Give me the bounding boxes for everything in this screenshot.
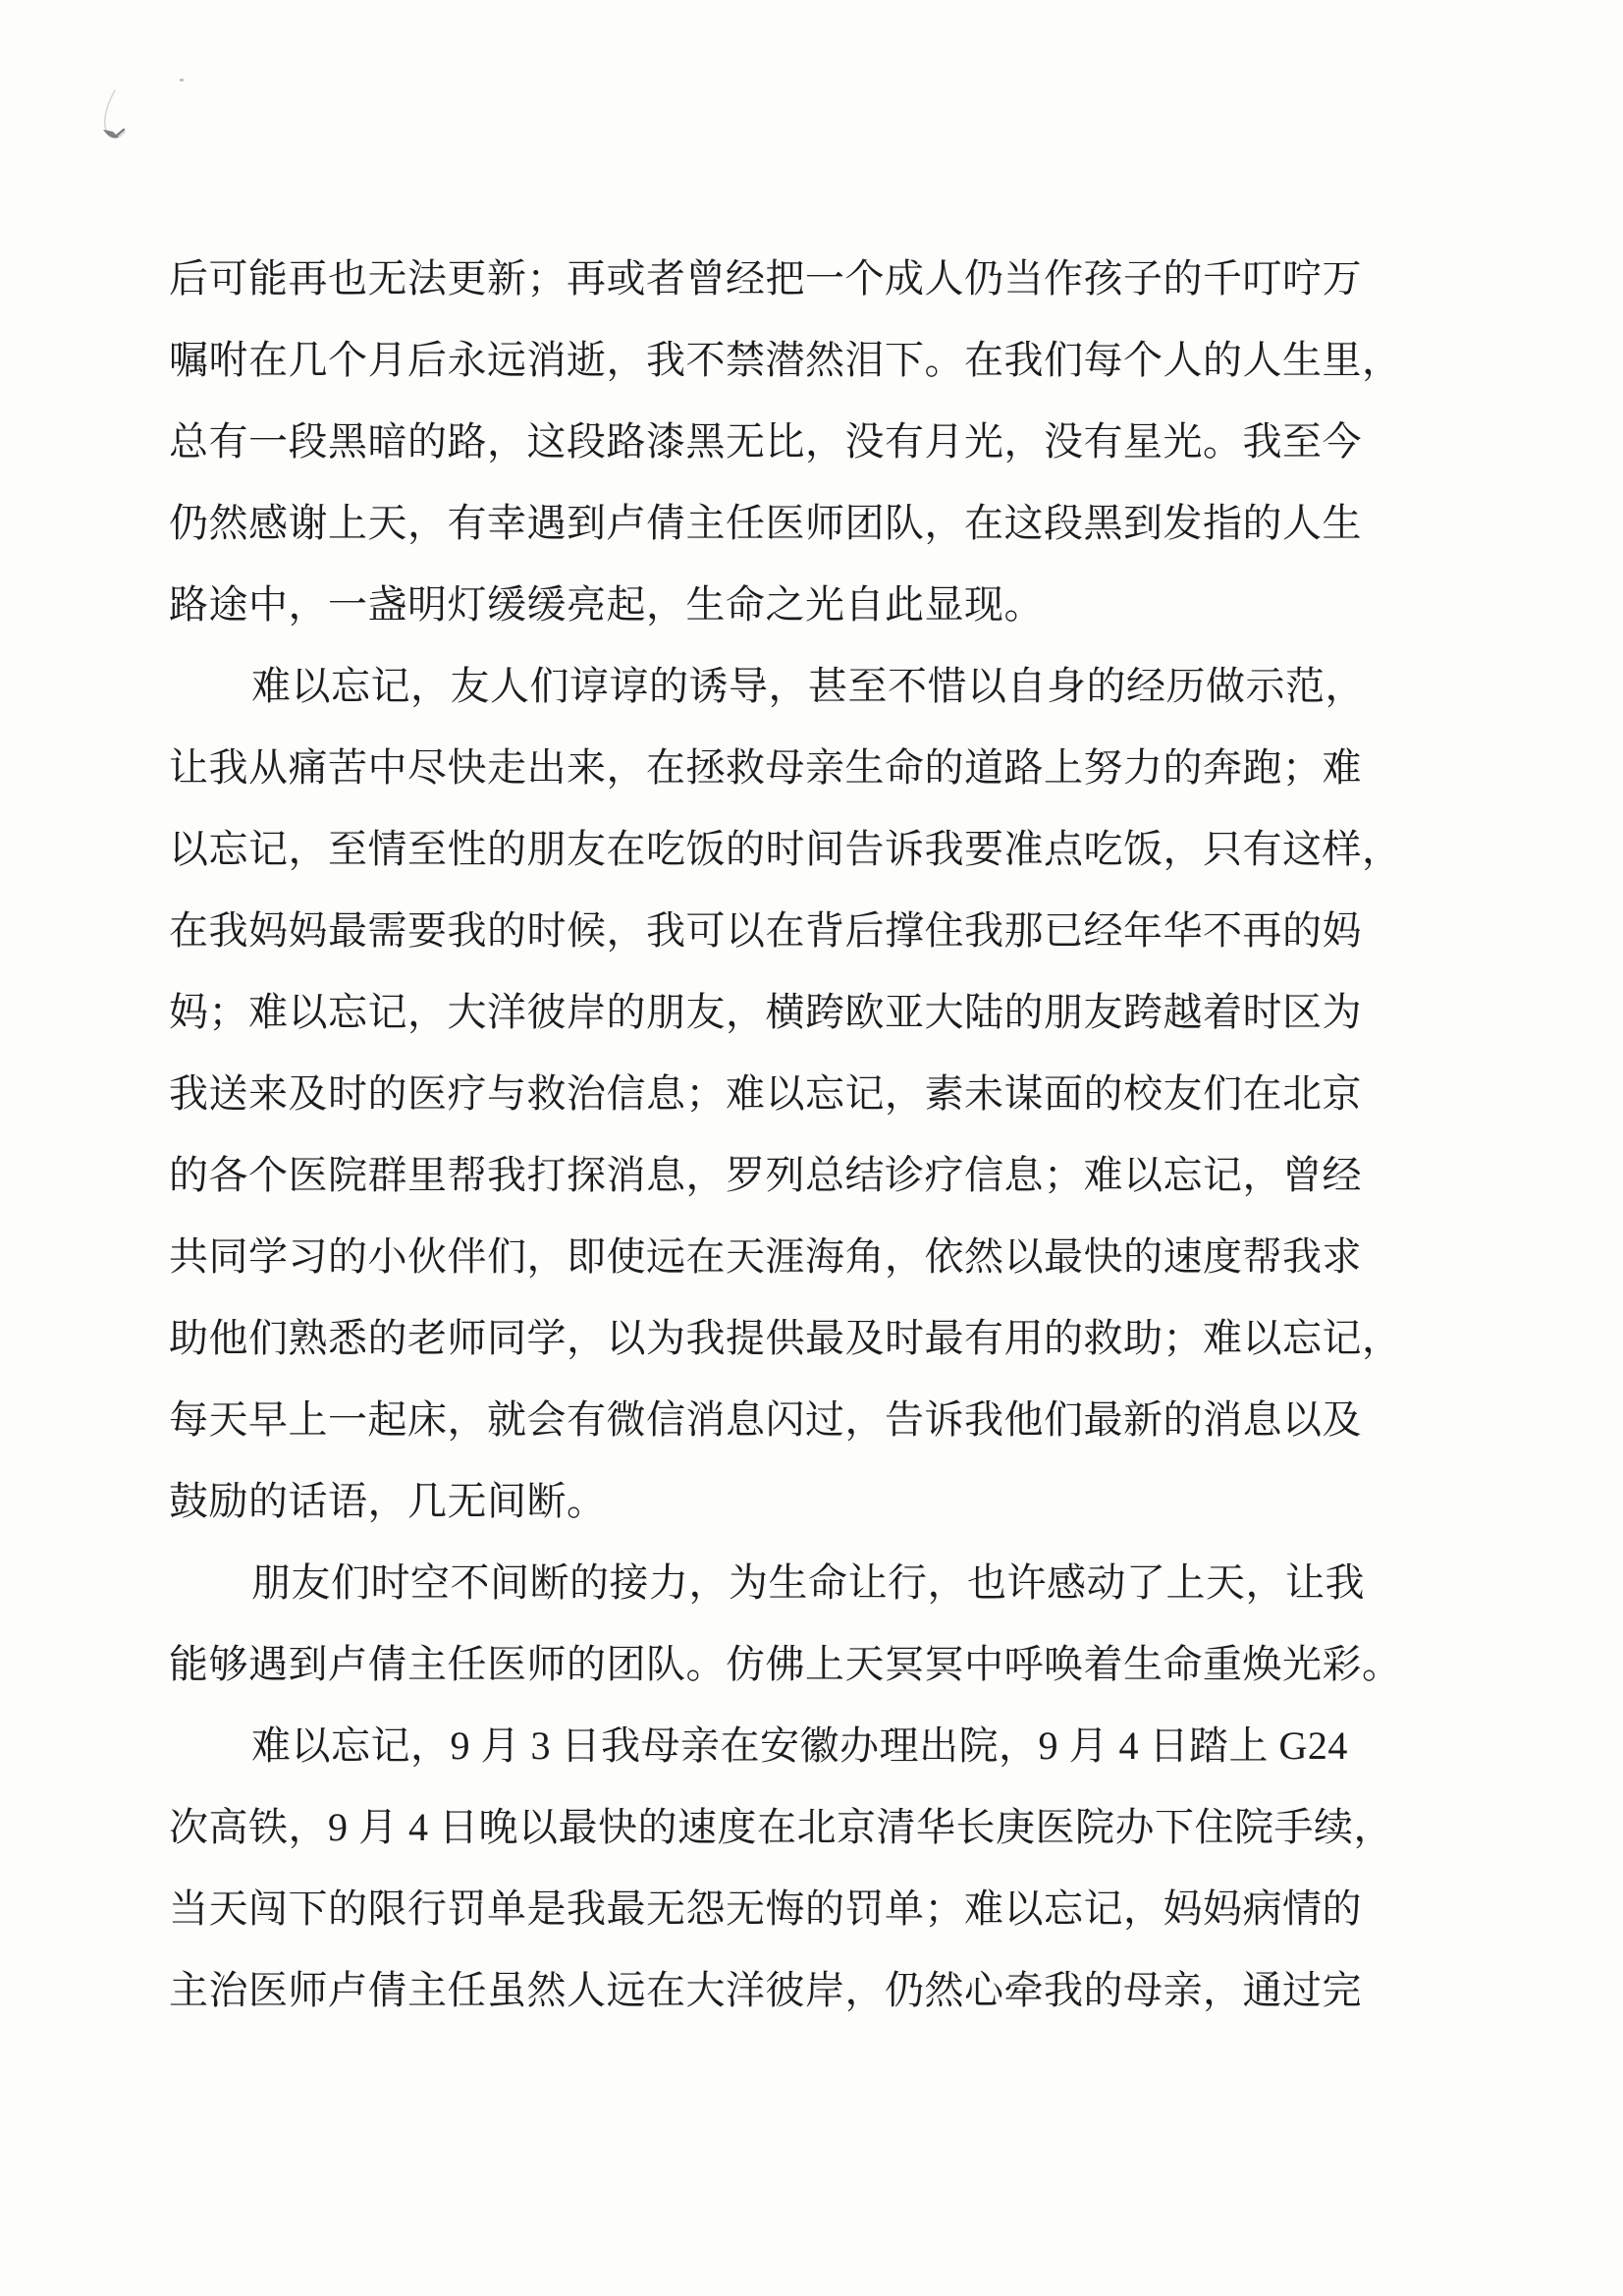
text-line: 我送来及时的医疗与救治信息；难以忘记，素未谋面的校友们在北京 (169, 1053, 1269, 1134)
text-line: 以忘记，至情至性的朋友在吃饭的时间告诉我要准点吃饭，只有这样， (169, 808, 1269, 890)
text-line: 难以忘记，9 月 3 日我母亲在安徽办理出院，9 月 4 日踏上 G24 (169, 1705, 1269, 1786)
text-line: 当天闯下的限行罚单是我最无怨无悔的罚单；难以忘记，妈妈病情的 (169, 1868, 1269, 1949)
ink-speck (180, 79, 184, 82)
text-line: 难以忘记，友人们谆谆的诱导，甚至不惜以自身的经历做示范， (169, 645, 1269, 727)
pen-scribble-mark (93, 79, 211, 187)
text-line: 妈；难以忘记，大洋彼岸的朋友，横跨欧亚大陆的朋友跨越着时区为 (169, 971, 1269, 1053)
text-line: 次高铁，9 月 4 日晚以最快的速度在北京清华长庚医院办下住院手续， (169, 1786, 1269, 1868)
text-line: 总有一段黑暗的路，这段路漆黑无比，没有月光，没有星光。我至今 (169, 401, 1269, 482)
scanned-document-page: 后可能再也无法更新；再或者曾经把一个成人仍当作孩子的千叮咛万 嘱咐在几个月后永远… (0, 0, 1623, 2296)
text-line: 鼓励的话语，几无间断。 (169, 1460, 1269, 1542)
text-line: 在我妈妈最需要我的时候，我可以在背后撑住我那已经年华不再的妈 (169, 890, 1269, 971)
text-line: 的各个医院群里帮我打探消息，罗列总结诊疗信息；难以忘记，曾经 (169, 1134, 1269, 1216)
text-line: 能够遇到卢倩主任医师的团队。仿佛上天冥冥中呼唤着生命重焕光彩。 (169, 1623, 1269, 1705)
text-line: 每天早上一起床，就会有微信消息闪过，告诉我他们最新的消息以及 (169, 1379, 1269, 1460)
text-line: 朋友们时空不间断的接力，为生命让行，也许感动了上天，让我 (169, 1542, 1269, 1623)
paragraph: 后可能再也无法更新；再或者曾经把一个成人仍当作孩子的千叮咛万 嘱咐在几个月后永远… (169, 238, 1269, 645)
text-line: 让我从痛苦中尽快走出来，在拯救母亲生命的道路上努力的奔跑；难 (169, 727, 1269, 808)
text-line: 后可能再也无法更新；再或者曾经把一个成人仍当作孩子的千叮咛万 (169, 238, 1269, 319)
text-line: 仍然感谢上天，有幸遇到卢倩主任医师团队，在这段黑到发指的人生 (169, 482, 1269, 564)
paragraph: 朋友们时空不间断的接力，为生命让行，也许感动了上天，让我 能够遇到卢倩主任医师的… (169, 1542, 1269, 1705)
text-line: 共同学习的小伙伴们，即使远在天涯海角，依然以最快的速度帮我求 (169, 1216, 1269, 1297)
text-line: 嘱咐在几个月后永远消逝，我不禁潜然泪下。在我们每个人的人生里， (169, 319, 1269, 401)
letter-body: 后可能再也无法更新；再或者曾经把一个成人仍当作孩子的千叮咛万 嘱咐在几个月后永远… (169, 238, 1269, 2031)
text-line: 主治医师卢倩主任虽然人远在大洋彼岸，仍然心牵我的母亲，通过完 (169, 1949, 1269, 2031)
paragraph: 难以忘记，9 月 3 日我母亲在安徽办理出院，9 月 4 日踏上 G24 次高铁… (169, 1705, 1269, 2031)
text-line: 助他们熟悉的老师同学，以为我提供最及时最有用的救助；难以忘记， (169, 1297, 1269, 1379)
text-line: 路途中，一盏明灯缓缓亮起，生命之光自此显现。 (169, 564, 1269, 645)
paragraph: 难以忘记，友人们谆谆的诱导，甚至不惜以自身的经历做示范， 让我从痛苦中尽快走出来… (169, 645, 1269, 1542)
